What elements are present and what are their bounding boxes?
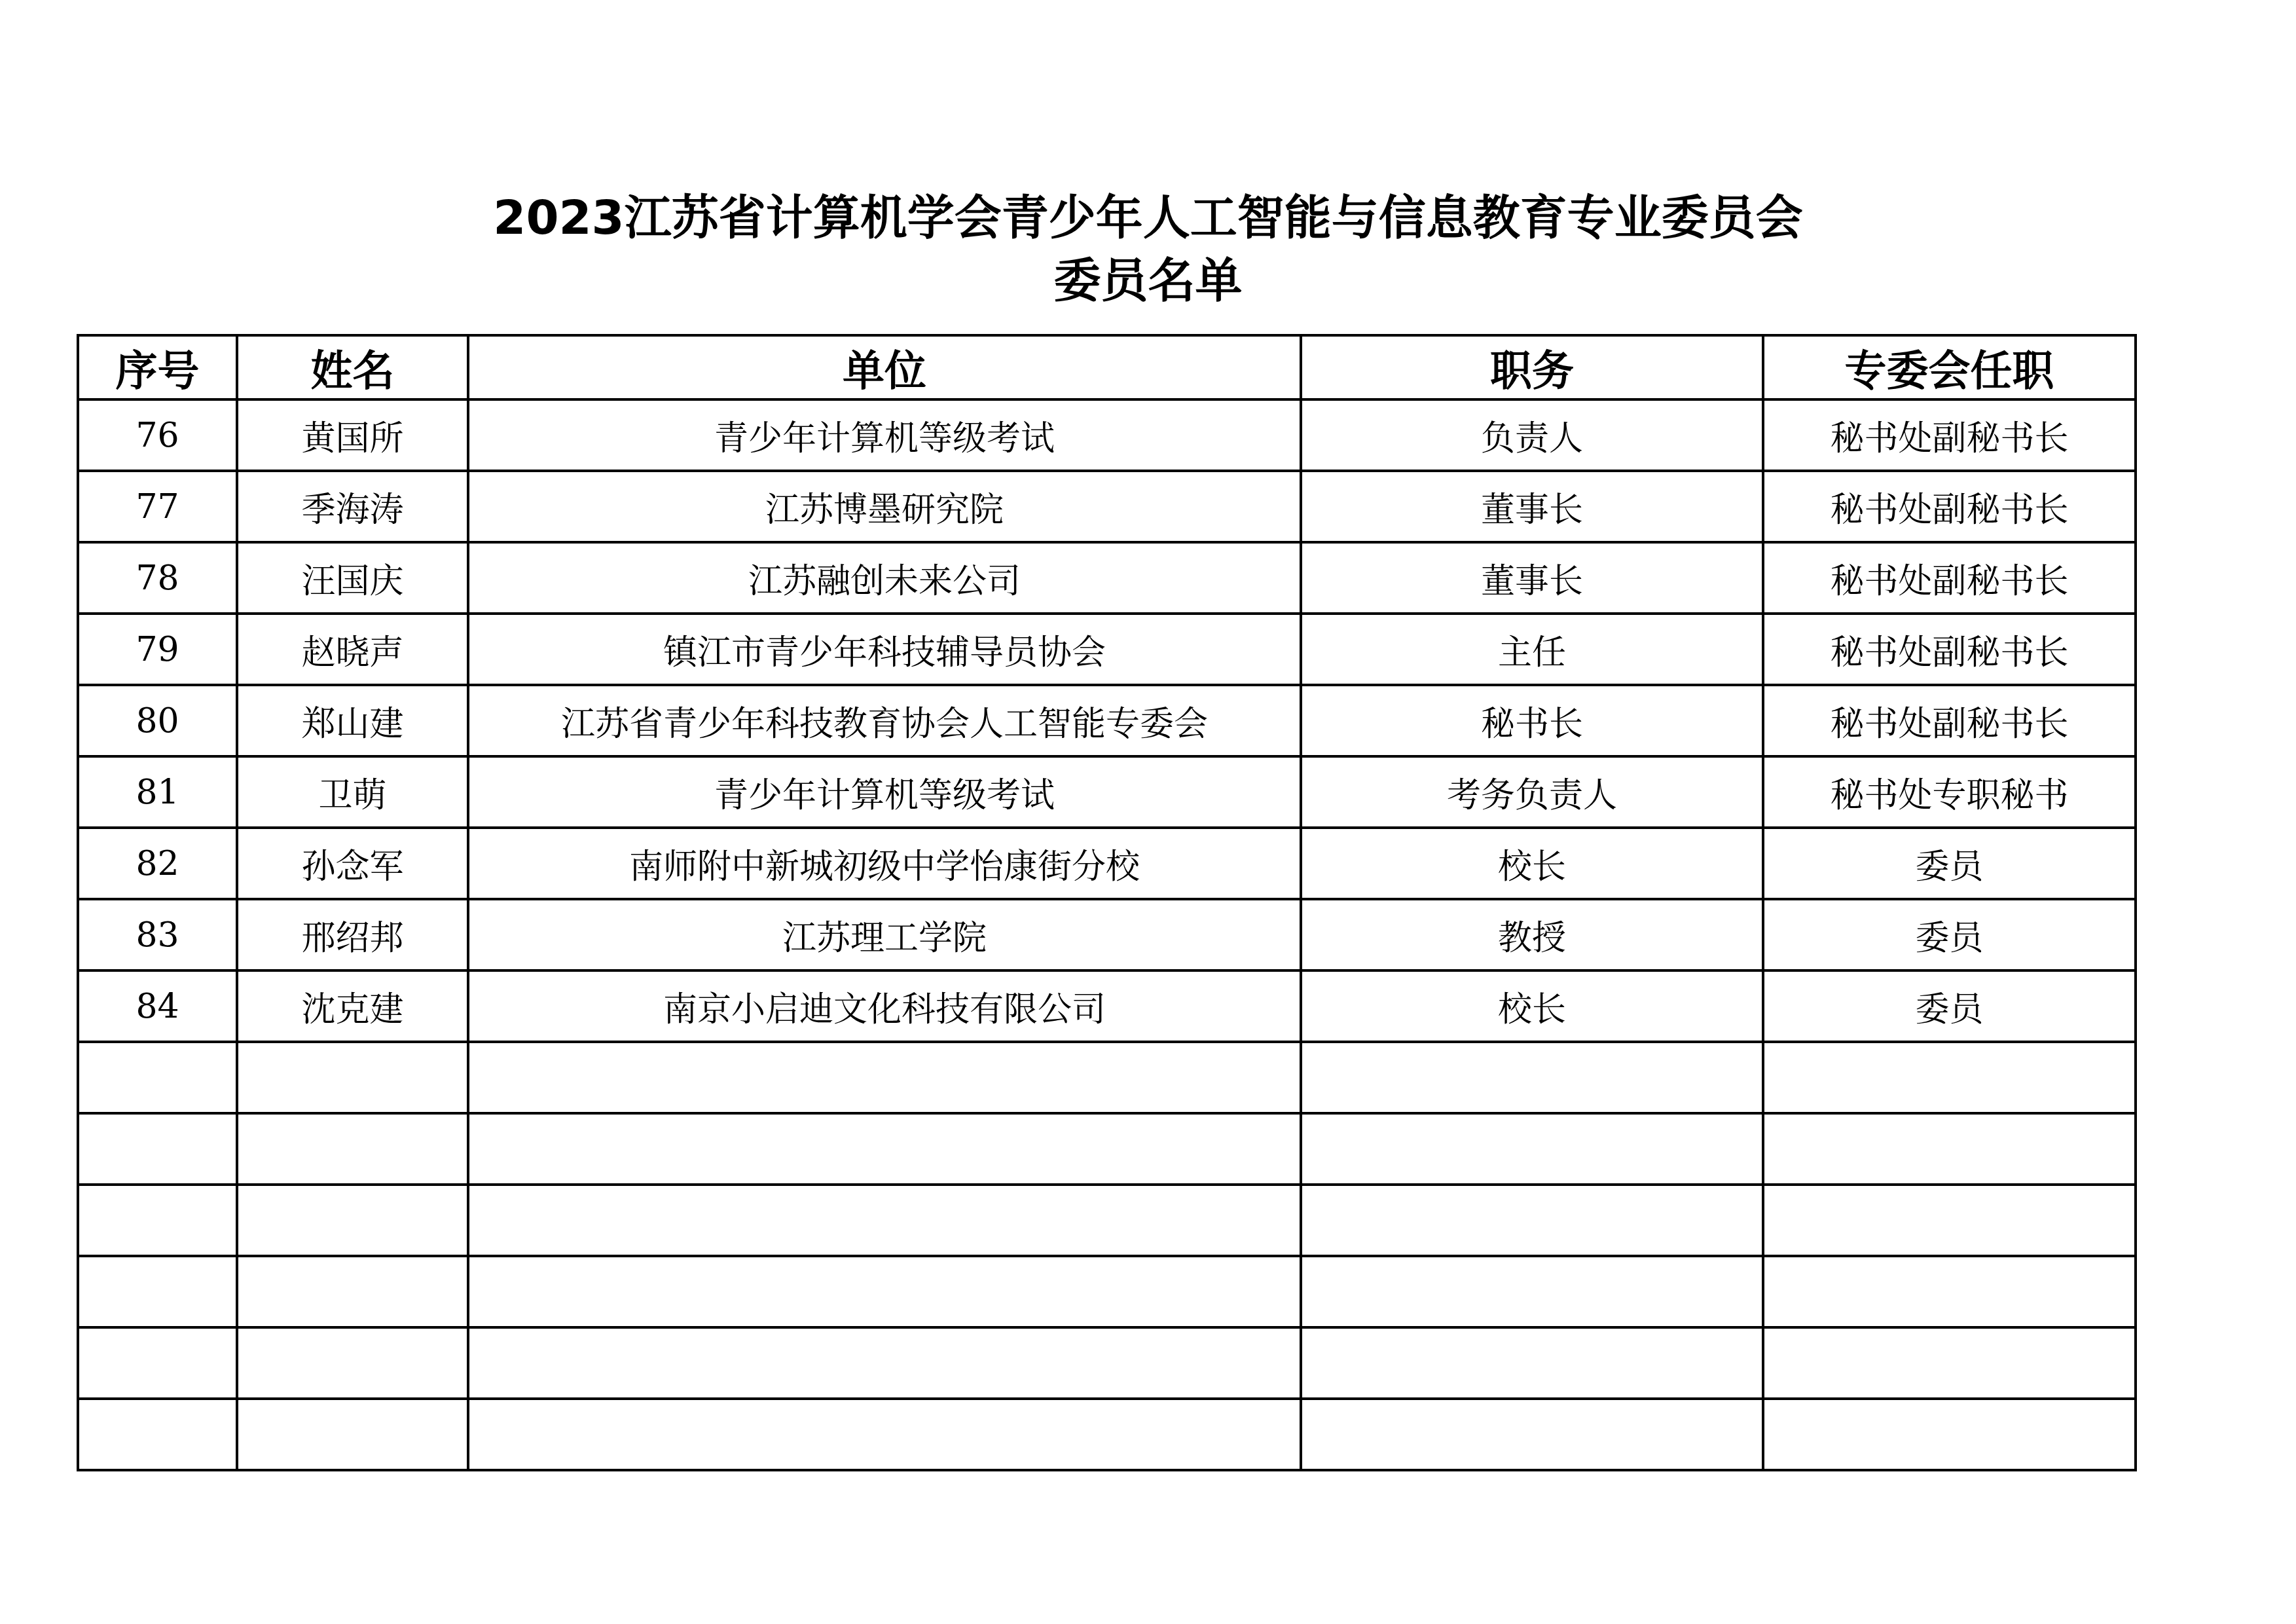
cell-committee-role-empty [1763, 1042, 2136, 1113]
cell-committee-role: 委员 [1763, 970, 2136, 1042]
cell-organization: 江苏融创未来公司 [468, 542, 1301, 614]
cell-name-empty [237, 1185, 468, 1256]
cell-index: 77 [78, 471, 237, 542]
cell-committee-role: 秘书处副秘书长 [1763, 471, 2136, 542]
cell-position: 考务负责人 [1301, 756, 1763, 828]
member-table: 序号 姓名 单位 职务 专委会任职 76黄国所青少年计算机等级考试负责人秘书处副… [77, 334, 2137, 1471]
cell-position-empty [1301, 1185, 1763, 1256]
cell-index-empty [78, 1256, 237, 1327]
table-row: 80郑山建江苏省青少年科技教育协会人工智能专委会秘书长秘书处副秘书长 [78, 685, 2136, 756]
cell-name: 黄国所 [237, 399, 468, 471]
cell-organization: 南京小启迪文化科技有限公司 [468, 970, 1301, 1042]
empty-table-row [78, 1042, 2136, 1113]
table-row: 83邢绍邦江苏理工学院教授委员 [78, 899, 2136, 970]
cell-organization-empty [468, 1256, 1301, 1327]
cell-committee-role: 秘书处副秘书长 [1763, 399, 2136, 471]
empty-table-row [78, 1327, 2136, 1399]
cell-committee-role-empty [1763, 1185, 2136, 1256]
cell-committee-role-empty [1763, 1113, 2136, 1185]
cell-committee-role-empty [1763, 1327, 2136, 1399]
cell-name-empty [237, 1256, 468, 1327]
cell-committee-role-empty [1763, 1256, 2136, 1327]
cell-name: 沈克建 [237, 970, 468, 1042]
header-committee-role: 专委会任职 [1763, 335, 2136, 399]
cell-name: 邢绍邦 [237, 899, 468, 970]
table-row: 84沈克建南京小启迪文化科技有限公司校长委员 [78, 970, 2136, 1042]
cell-organization: 青少年计算机等级考试 [468, 399, 1301, 471]
cell-index: 76 [78, 399, 237, 471]
cell-position-empty [1301, 1399, 1763, 1470]
cell-committee-role: 秘书处副秘书长 [1763, 685, 2136, 756]
table-row: 79赵晓声镇江市青少年科技辅导员协会主任秘书处副秘书长 [78, 614, 2136, 685]
cell-position: 董事长 [1301, 542, 1763, 614]
cell-name-empty [237, 1399, 468, 1470]
cell-index-empty [78, 1399, 237, 1470]
cell-position: 董事长 [1301, 471, 1763, 542]
cell-position-empty [1301, 1042, 1763, 1113]
cell-organization-empty [468, 1399, 1301, 1470]
cell-name-empty [237, 1327, 468, 1399]
cell-index: 78 [78, 542, 237, 614]
table-row: 82孙念军南师附中新城初级中学怡康街分校校长委员 [78, 828, 2136, 899]
cell-name-empty [237, 1042, 468, 1113]
cell-committee-role: 委员 [1763, 828, 2136, 899]
cell-position: 秘书长 [1301, 685, 1763, 756]
cell-name: 孙念军 [237, 828, 468, 899]
cell-index-empty [78, 1042, 237, 1113]
empty-table-row [78, 1185, 2136, 1256]
cell-position-empty [1301, 1113, 1763, 1185]
cell-name: 赵晓声 [237, 614, 468, 685]
document-subtitle: 委员名单 [0, 248, 2296, 313]
header-name: 姓名 [237, 335, 468, 399]
cell-name: 季海涛 [237, 471, 468, 542]
cell-committee-role: 委员 [1763, 899, 2136, 970]
cell-committee-role: 秘书处专职秘书 [1763, 756, 2136, 828]
empty-table-row [78, 1399, 2136, 1470]
cell-committee-role-empty [1763, 1399, 2136, 1470]
cell-organization: 江苏博墨研究院 [468, 471, 1301, 542]
cell-index: 83 [78, 899, 237, 970]
table-row: 76黄国所青少年计算机等级考试负责人秘书处副秘书长 [78, 399, 2136, 471]
cell-position-empty [1301, 1327, 1763, 1399]
cell-index: 84 [78, 970, 237, 1042]
header-organization: 单位 [468, 335, 1301, 399]
cell-committee-role: 秘书处副秘书长 [1763, 542, 2136, 614]
cell-index: 81 [78, 756, 237, 828]
cell-committee-role: 秘书处副秘书长 [1763, 614, 2136, 685]
empty-table-row [78, 1113, 2136, 1185]
cell-organization-empty [468, 1185, 1301, 1256]
cell-index-empty [78, 1327, 237, 1399]
cell-name: 卫萌 [237, 756, 468, 828]
cell-position: 校长 [1301, 970, 1763, 1042]
cell-organization: 镇江市青少年科技辅导员协会 [468, 614, 1301, 685]
cell-index-empty [78, 1185, 237, 1256]
cell-position: 主任 [1301, 614, 1763, 685]
cell-organization: 江苏省青少年科技教育协会人工智能专委会 [468, 685, 1301, 756]
cell-index-empty [78, 1113, 237, 1185]
cell-organization-empty [468, 1113, 1301, 1185]
cell-organization: 青少年计算机等级考试 [468, 756, 1301, 828]
cell-name: 郑山建 [237, 685, 468, 756]
table-row: 78汪国庆江苏融创未来公司董事长秘书处副秘书长 [78, 542, 2136, 614]
cell-index: 79 [78, 614, 237, 685]
table-row: 77季海涛江苏博墨研究院董事长秘书处副秘书长 [78, 471, 2136, 542]
cell-position: 负责人 [1301, 399, 1763, 471]
table-row: 81卫萌青少年计算机等级考试考务负责人秘书处专职秘书 [78, 756, 2136, 828]
cell-position: 教授 [1301, 899, 1763, 970]
cell-organization-empty [468, 1327, 1301, 1399]
cell-position: 校长 [1301, 828, 1763, 899]
cell-index: 80 [78, 685, 237, 756]
cell-organization: 南师附中新城初级中学怡康街分校 [468, 828, 1301, 899]
cell-index: 82 [78, 828, 237, 899]
cell-organization-empty [468, 1042, 1301, 1113]
cell-organization: 江苏理工学院 [468, 899, 1301, 970]
cell-position-empty [1301, 1256, 1763, 1327]
cell-name-empty [237, 1113, 468, 1185]
document-title: 2023江苏省计算机学会青少年人工智能与信息教育专业委员会 [0, 185, 2296, 250]
header-index: 序号 [78, 335, 237, 399]
table-header-row: 序号 姓名 单位 职务 专委会任职 [78, 335, 2136, 399]
cell-name: 汪国庆 [237, 542, 468, 614]
header-position: 职务 [1301, 335, 1763, 399]
empty-table-row [78, 1256, 2136, 1327]
